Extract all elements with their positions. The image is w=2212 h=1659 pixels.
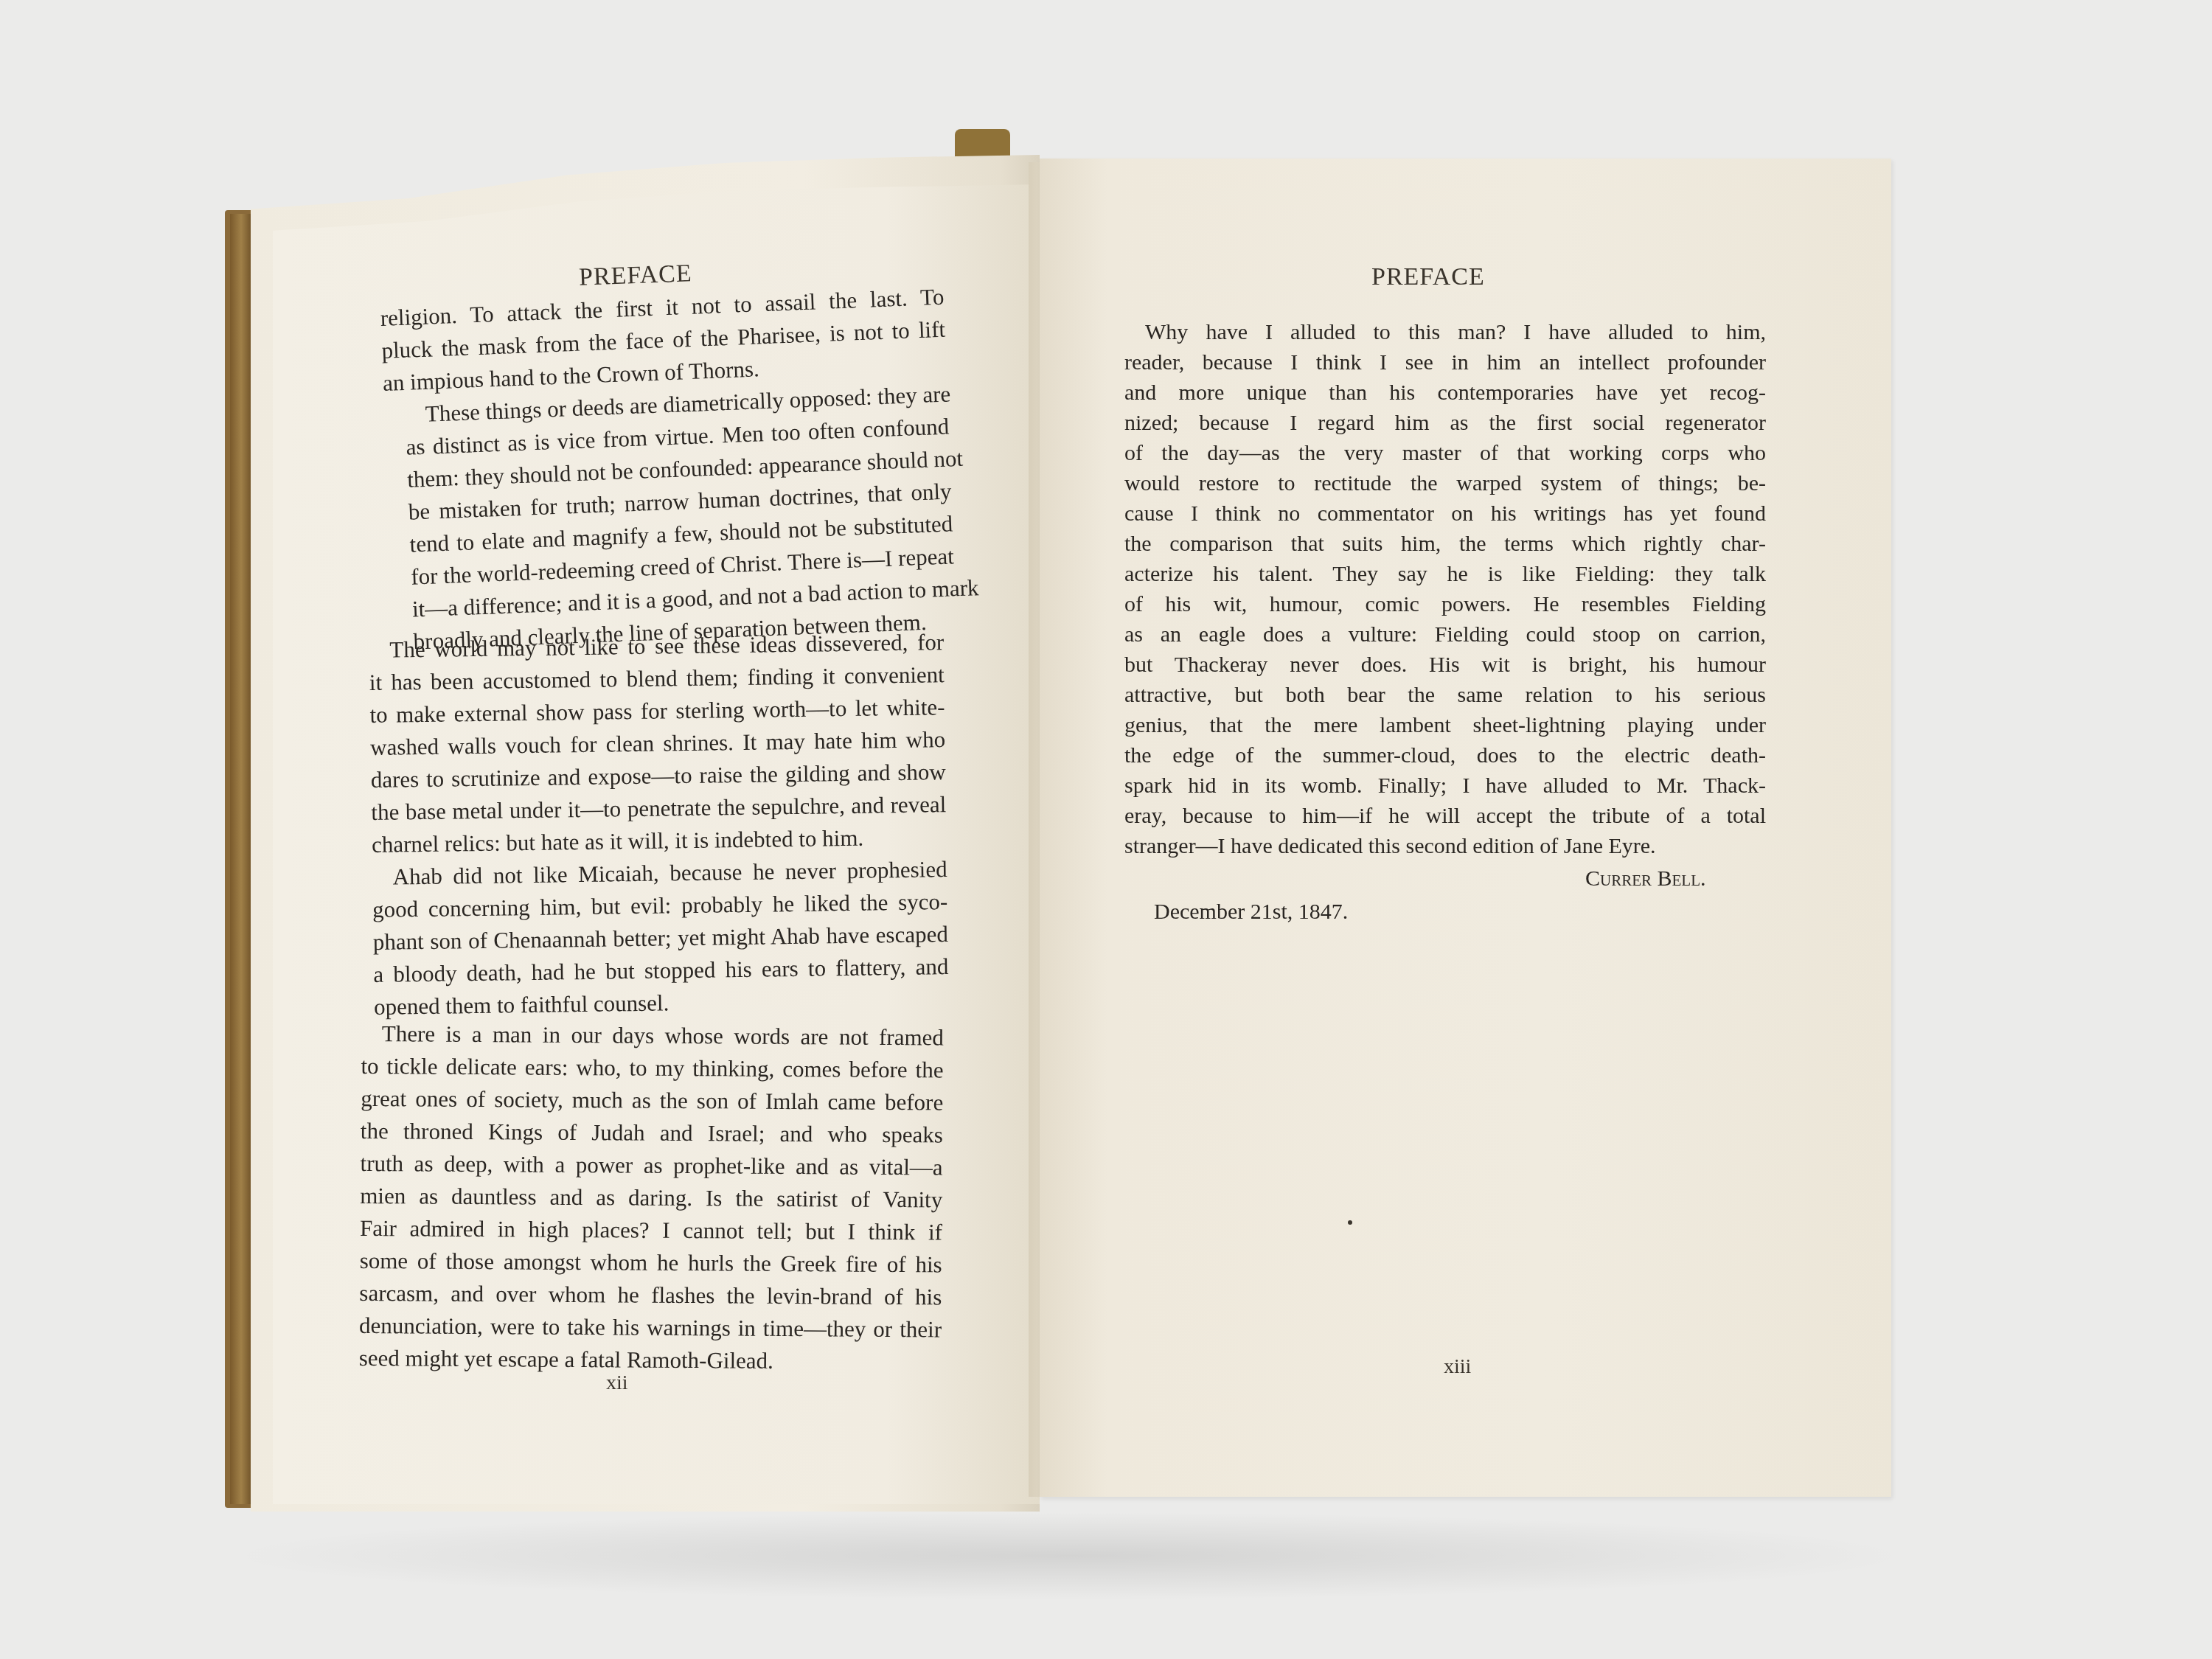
text-line: reader, because I think I see in him an … (1124, 347, 1766, 378)
text-line: Why have I alluded to this man? I have a… (1124, 317, 1766, 347)
paragraph: The world may not like to see these idea… (369, 626, 947, 861)
text-line: stranger—I have dedicated this second ed… (1124, 831, 1766, 861)
text-line: acterize his talent. They say he is like… (1124, 559, 1766, 589)
text-line: There is a man in our days whose words a… (361, 1018, 944, 1054)
text-line: seed might yet escape a fatal Ramoth-Gil… (359, 1342, 942, 1379)
text-line: would restore to rectitude the warped sy… (1124, 468, 1766, 498)
paragraph: These things or deeds are diametrically … (383, 378, 957, 659)
text-line: as an eagle does a vulture: Fielding cou… (1124, 619, 1766, 650)
text-line: of the day—as the very master of that wo… (1124, 438, 1766, 468)
text-line: genius, that the mere lambent sheet-ligh… (1124, 710, 1766, 740)
right-running-head: PREFACE (1371, 263, 1485, 291)
text-line: mien as dauntless and as daring. Is the … (360, 1180, 942, 1217)
text-line: the edge of the summer-cloud, does to th… (1124, 740, 1766, 771)
text-line: attractive, but both bear the same relat… (1124, 680, 1766, 710)
text-line: truth as deep, with a power as prophet-l… (360, 1147, 942, 1184)
right-page-number: xiii (1444, 1355, 1471, 1379)
text-line: denunciation, were to take his warnings … (359, 1310, 942, 1346)
ink-speck (1348, 1220, 1352, 1225)
right-paragraph: Why have I alluded to this man? I have a… (1124, 317, 1766, 861)
text-line: the comparison that suits him, the terms… (1124, 529, 1766, 559)
text-line: eray, because to him—if he will accept t… (1124, 801, 1766, 831)
text-line: Fair admired in high places? I cannot te… (360, 1212, 942, 1249)
paragraph: Why have I alluded to this man? I have a… (1124, 317, 1766, 861)
gilt-page-edge (230, 214, 252, 1504)
author-signature: Currer Bell. (1585, 866, 1706, 891)
book-spine-top (955, 129, 1010, 159)
text-line: the throned Kings of Judah and Israel; a… (361, 1115, 943, 1152)
left-paragraph-3-4: The world may not like to see these idea… (369, 626, 949, 1023)
preface-date: December 21st, 1847. (1154, 900, 1348, 925)
text-line: nized; because I regard him as the first… (1124, 408, 1766, 438)
left-paragraph-5: There is a man in our days whose words a… (359, 1018, 944, 1379)
text-line: cause I think no commentator on his writ… (1124, 498, 1766, 529)
left-paragraph-1-2: religion. To attack the first it not to … (380, 281, 957, 659)
text-line: of his wit, humour, comic powers. He res… (1124, 589, 1766, 619)
text-line: spark hid in its womb. Finally; I have a… (1124, 771, 1766, 801)
text-line: some of those amongst whom he hurls the … (360, 1245, 942, 1281)
text-line: sarcasm, and over whom he flashes the le… (359, 1277, 942, 1314)
text-line: and more unique than his contemporaries … (1124, 378, 1766, 408)
left-page-number: xii (606, 1371, 628, 1395)
table-shadow (221, 1512, 1917, 1600)
paragraph: There is a man in our days whose words a… (359, 1018, 944, 1379)
text-line: great ones of society, much as the son o… (361, 1082, 943, 1119)
text-line: to tickle delicate ears: who, to my thin… (361, 1050, 943, 1087)
text-line: but Thackeray never does. His wit is bri… (1124, 650, 1766, 680)
paragraph: Ahab did not like Micaiah, because he ne… (372, 853, 949, 1023)
left-running-head: PREFACE (578, 260, 692, 291)
